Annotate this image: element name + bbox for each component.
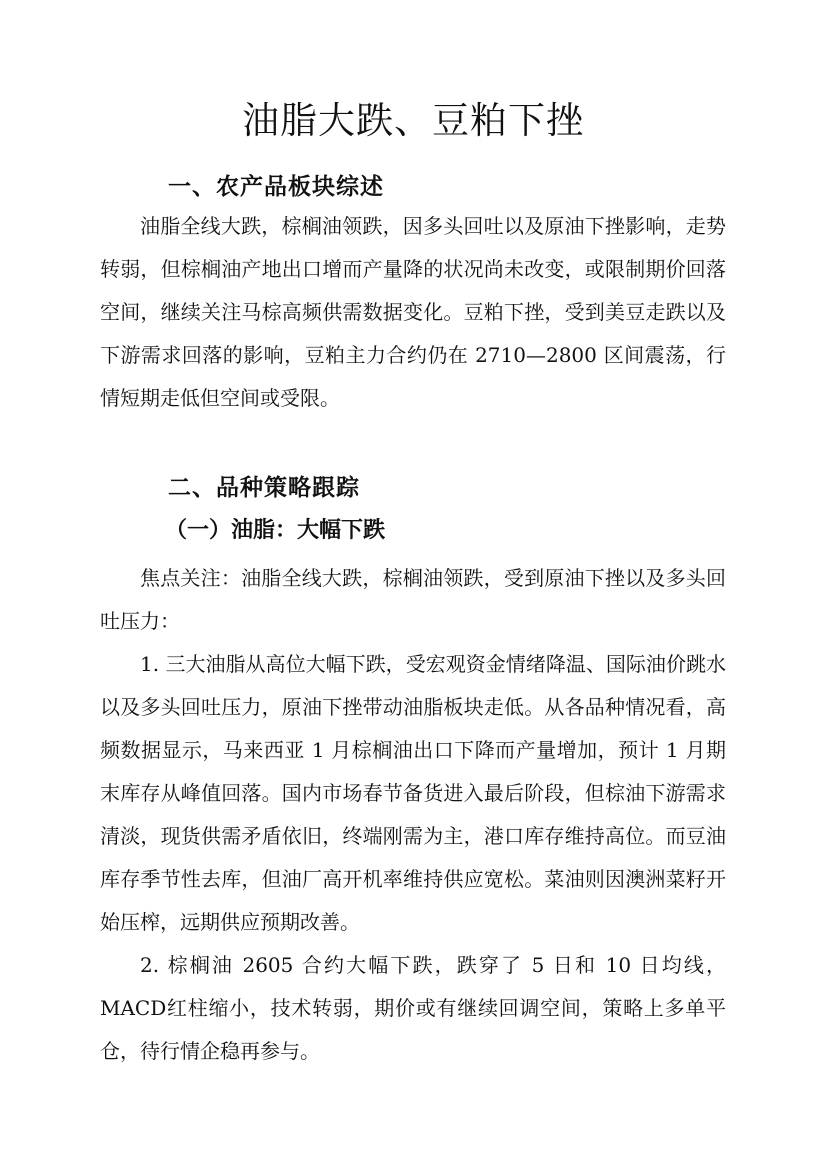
overview-paragraph: 油脂全线大跌，棕榈油领跌，因多头回吐以及原油下挫影响，走势转弱，但棕榈油产地出口… [100,205,726,420]
document-page: 油脂大跌、豆粕下挫 一、农产品板块综述 油脂全线大跌，棕榈油领跌，因多头回吐以及… [0,0,826,1169]
section-heading-strategy-tracking: 二、品种策略跟踪 [168,470,726,506]
section-heading-agri-overview: 一、农产品板块综述 [168,169,726,205]
subsection-heading-oils: （一）油脂：大幅下跌 [165,514,726,548]
numbered-item-2: 2. 棕榈油 2605 合约大幅下跌，跌穿了 5 日和 10 日均线，MACD红… [100,944,726,1073]
focus-paragraph: 焦点关注：油脂全线大跌，棕榈油领跌，受到原油下挫以及多头回吐压力： [100,557,726,643]
numbered-item-1: 1. 三大油脂从高位大幅下跌，受宏观资金情绪降温、国际油价跳水以及多头回吐压力，… [100,643,726,944]
document-body: 油脂大跌、豆粕下挫 一、农产品板块综述 油脂全线大跌，棕榈油领跌，因多头回吐以及… [0,0,826,1073]
page-title: 油脂大跌、豆粕下挫 [100,92,726,150]
